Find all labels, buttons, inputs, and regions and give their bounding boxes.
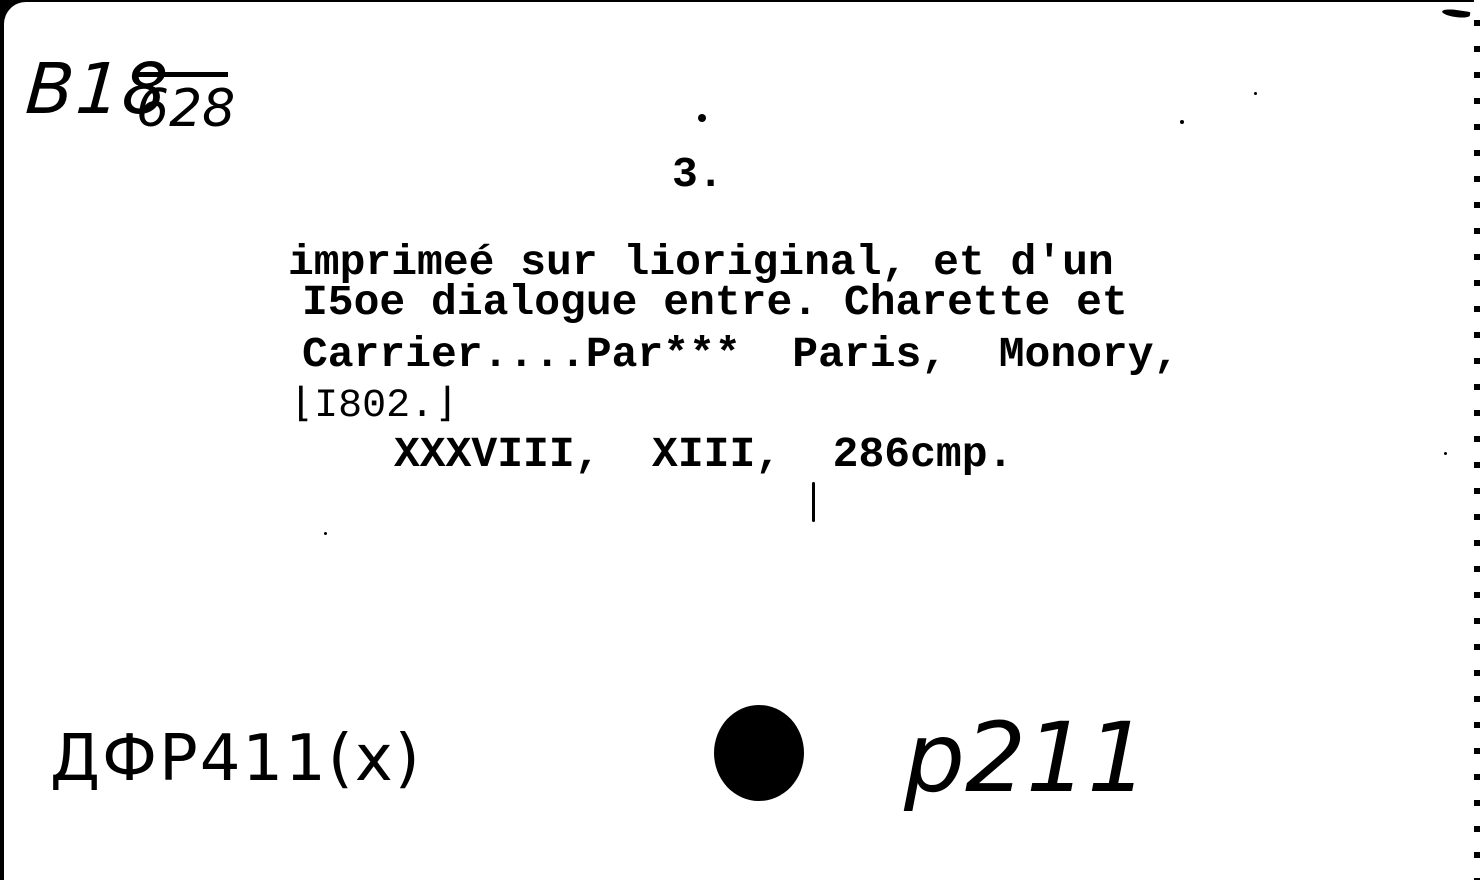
body-line-2: I5oe dialogue entre. Charette et [302,278,1128,328]
shelfmark-sub: 628 [136,72,228,139]
card-right-edge [1474,0,1480,880]
page-number: 3. [672,150,724,200]
corner-ink-mark [1442,8,1471,19]
body-line-3: Carrier....Par*** Paris, Monory, [302,330,1179,380]
body-line-pagination: XXXVIII, XIII, 286cmp. [394,430,1013,480]
ink-speck [1180,120,1184,124]
bottom-right-code: p211 [904,702,1148,814]
filled-circle-icon [714,705,804,801]
ink-speck [1254,92,1257,95]
catalog-card: B18 628 3. imprimeé sur lioriginal, et d… [4,2,1474,880]
ink-stroke [812,482,815,522]
ink-speck [324,532,327,535]
ink-speck [1444,452,1447,455]
ink-speck [698,114,706,122]
bottom-left-code: ДФР411(x) [50,722,422,796]
body-line-year: ⌊I802.⌋ [290,382,458,432]
